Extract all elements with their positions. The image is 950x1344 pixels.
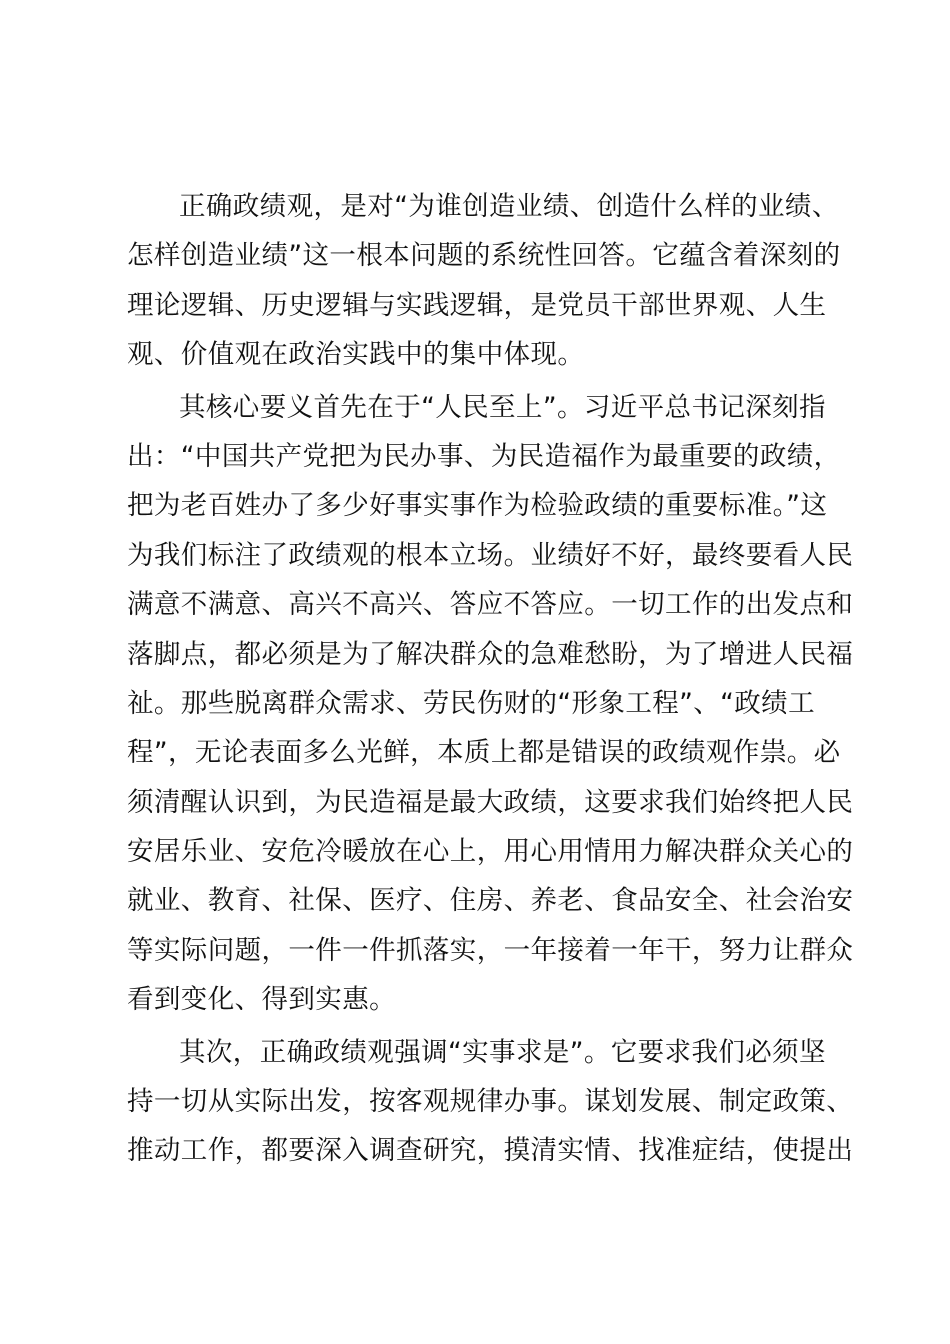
text-line: 祉。那些脱离群众需求、劳民伤财的“形象工程”、“政绩工 — [127, 679, 833, 728]
text-line: 出：“中国共产党把为民办事、为民造福作为最重要的政绩， — [127, 432, 833, 481]
text-line: 就业、教育、社保、医疗、住房、养老、食品安全、社会治安 — [127, 876, 833, 925]
text-line: 把为老百姓办了多少好事实事作为检验政绩的重要标准。”这 — [127, 481, 833, 530]
text-line: 落脚点，都必须是为了解决群众的急难愁盼，为了增进人民福 — [127, 630, 833, 679]
text-line: 满意不满意、高兴不高兴、答应不答应。一切工作的出发点和 — [127, 580, 833, 629]
text-line: 等实际问题，一件一件抓落实，一年接着一年干，努力让群众 — [127, 926, 833, 975]
text-line: 推动工作，都要深入调查研究，摸清实情、找准症结，使提出 — [127, 1126, 833, 1175]
text-line: 其核心要义首先在于“人民至上”。习近平总书记深刻指 — [127, 383, 833, 432]
text-line: 持一切从实际出发，按客观规律办事。谋划发展、制定政策、 — [127, 1077, 833, 1126]
text-line: 怎样创造业绩”这一根本问题的系统性回答。它蕴含着深刻的 — [127, 231, 833, 280]
document-page: 正确政绩观，是对“为谁创造业绩、创造什么样的业绩、 怎样创造业绩”这一根本问题的… — [0, 0, 950, 1344]
paragraph-2: 其核心要义首先在于“人民至上”。习近平总书记深刻指 出：“中国共产党把为民办事、… — [127, 383, 833, 1025]
text-line: 观、价值观在政治实践中的集中体现。 — [127, 330, 833, 379]
document-body: 正确政绩观，是对“为谁创造业绩、创造什么样的业绩、 怎样创造业绩”这一根本问题的… — [127, 182, 833, 1176]
text-line: 程”，无论表面多么光鲜，本质上都是错误的政绩观作祟。必 — [127, 728, 833, 777]
text-line: 须清醒认识到，为民造福是最大政绩，这要求我们始终把人民 — [127, 778, 833, 827]
text-line: 正确政绩观，是对“为谁创造业绩、创造什么样的业绩、 — [127, 182, 833, 231]
text-line: 其次，正确政绩观强调“实事求是”。它要求我们必须坚 — [127, 1028, 833, 1077]
text-line: 看到变化、得到实惠。 — [127, 975, 833, 1024]
paragraph-1: 正确政绩观，是对“为谁创造业绩、创造什么样的业绩、 怎样创造业绩”这一根本问题的… — [127, 182, 833, 380]
paragraph-3: 其次，正确政绩观强调“实事求是”。它要求我们必须坚 持一切从实际出发，按客观规律… — [127, 1028, 833, 1176]
text-line: 为我们标注了政绩观的根本立场。业绩好不好，最终要看人民 — [127, 531, 833, 580]
text-line: 理论逻辑、历史逻辑与实践逻辑，是党员干部世界观、人生 — [127, 281, 833, 330]
text-line: 安居乐业、安危冷暖放在心上，用心用情用力解决群众关心的 — [127, 827, 833, 876]
